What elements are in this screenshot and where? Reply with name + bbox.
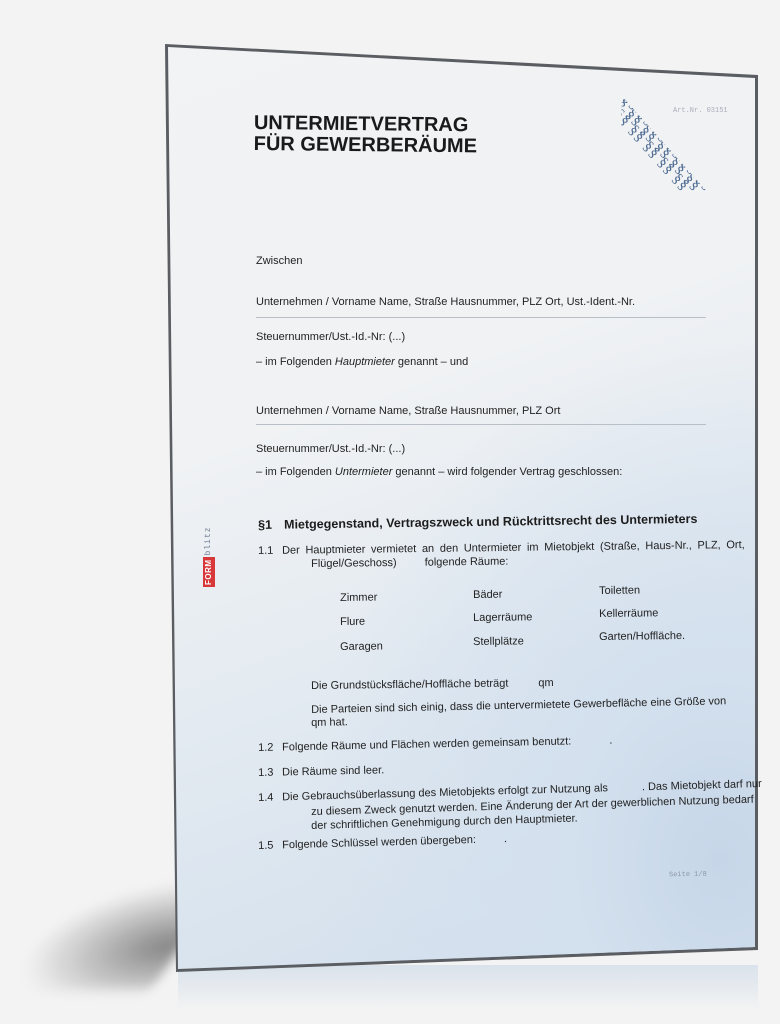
clause-text: Folgende Schlüssel werden übergeben:	[282, 834, 476, 851]
room-option[interactable]: Garten/Hoffläche.	[599, 630, 685, 643]
clause-number: 1.1	[258, 545, 282, 557]
room-option[interactable]: Flure	[340, 616, 365, 628]
unit-label: qm	[538, 677, 553, 689]
clause-1-5: 1.5Folgende Schlüssel werden übergeben:.	[258, 833, 507, 852]
role-text: genannt – und	[395, 356, 468, 368]
logo-blitz-text: blitz	[203, 524, 215, 557]
formblitz-logo: FORMblitz	[203, 515, 215, 587]
blank-field: .	[609, 735, 612, 747]
blank-field: .	[504, 833, 507, 845]
clause-number: 1.5	[258, 839, 282, 852]
paragraph-pattern-icon: §§ §§ §§ §§ §§ §§ §§ §§ §§ §§ §§ §§ §§ §…	[618, 96, 738, 226]
article-number: Art.Nr. 03151	[673, 107, 728, 115]
room-option[interactable]: Toiletten	[599, 584, 640, 596]
clause-number: 1.3	[258, 766, 282, 779]
room-option[interactable]: Garagen	[340, 640, 383, 653]
room-option[interactable]: Bäder	[473, 589, 503, 601]
clause-text: Die Grundstücksfläche/Hoffläche beträgt	[311, 678, 508, 692]
clause-number: 1.4	[258, 791, 282, 804]
paragraph-glyph-row: §§ §§ §§ §§ §§ §§	[727, 96, 738, 195]
logo-form-text: FORM	[203, 557, 215, 587]
room-option[interactable]: Stellplätze	[473, 635, 524, 648]
clause-1-2: 1.2Folgende Räume und Flächen werden gem…	[258, 735, 612, 754]
role-text: genannt – wird folgender Vertrag geschlo…	[392, 466, 622, 478]
section-number: §1	[258, 518, 284, 532]
party1-address-field[interactable]: Unternehmen / Vorname Name, Straße Hausn…	[256, 296, 635, 308]
clause-1-1-line2: Flügel/Geschoss)folgende Räume:	[311, 556, 509, 570]
room-option[interactable]: Zimmer	[340, 592, 377, 604]
role-text: – im Folgenden	[256, 466, 335, 478]
clause-number: 1.2	[258, 741, 282, 754]
party1-underline	[256, 317, 706, 318]
title-line-2: FÜR GEWERBERÄUME	[254, 134, 478, 157]
clause-text: folgende Räume:	[425, 556, 509, 569]
clause-text: Flügel/Geschoss)	[311, 557, 397, 570]
clause-text: Folgende Räume und Flächen werden gemein…	[282, 735, 571, 753]
section-title: Mietgegenstand, Vertragszweck und Rücktr…	[284, 512, 697, 532]
groesse-line1: Die Parteien sind sich einig, dass die u…	[311, 695, 726, 716]
clause-text: . Das Mietobjekt darf nur	[642, 778, 762, 793]
clause-1-3: 1.3Die Räume sind leer.	[258, 764, 384, 779]
groesse-line2: qm hat.	[311, 716, 348, 729]
party2-address-field[interactable]: Unternehmen / Vorname Name, Straße Hausn…	[256, 405, 560, 417]
role-emphasis: Hauptmieter	[335, 356, 395, 368]
clause-text: Der Hauptmieter vermietet an den Untermi…	[282, 539, 745, 557]
party1-tax-field[interactable]: Steuernummer/Ust.-Id.-Nr: (...)	[256, 331, 405, 343]
room-option[interactable]: Lagerräume	[473, 611, 532, 624]
clause-text: Die Räume sind leer.	[282, 764, 384, 778]
role-emphasis: Untermieter	[335, 466, 392, 478]
party2-role: – im Folgenden Untermieter genannt – wir…	[256, 466, 622, 478]
role-text: – im Folgenden	[256, 356, 335, 368]
room-option[interactable]: Kellerräume	[599, 607, 658, 620]
document-title: UNTERMIETVERTRAG FÜR GEWERBERÄUME	[254, 113, 478, 157]
party2-tax-field[interactable]: Steuernummer/Ust.-Id.-Nr: (...)	[256, 443, 405, 455]
clause-1-1: 1.1Der Hauptmieter vermietet an den Unte…	[258, 539, 745, 557]
page-number: Seite 1/8	[669, 871, 707, 880]
zwischen-label: Zwischen	[256, 255, 302, 267]
section-1-heading: §1Mietgegenstand, Vertragszweck und Rück…	[258, 512, 697, 532]
party1-role: – im Folgenden Hauptmieter genannt – und	[256, 356, 468, 368]
party2-underline	[256, 424, 706, 425]
document-content: UNTERMIETVERTRAG FÜR GEWERBERÄUME Art.Nr…	[0, 0, 780, 1024]
grundstueck-line: Die Grundstücksfläche/Hoffläche beträgtq…	[311, 677, 554, 692]
